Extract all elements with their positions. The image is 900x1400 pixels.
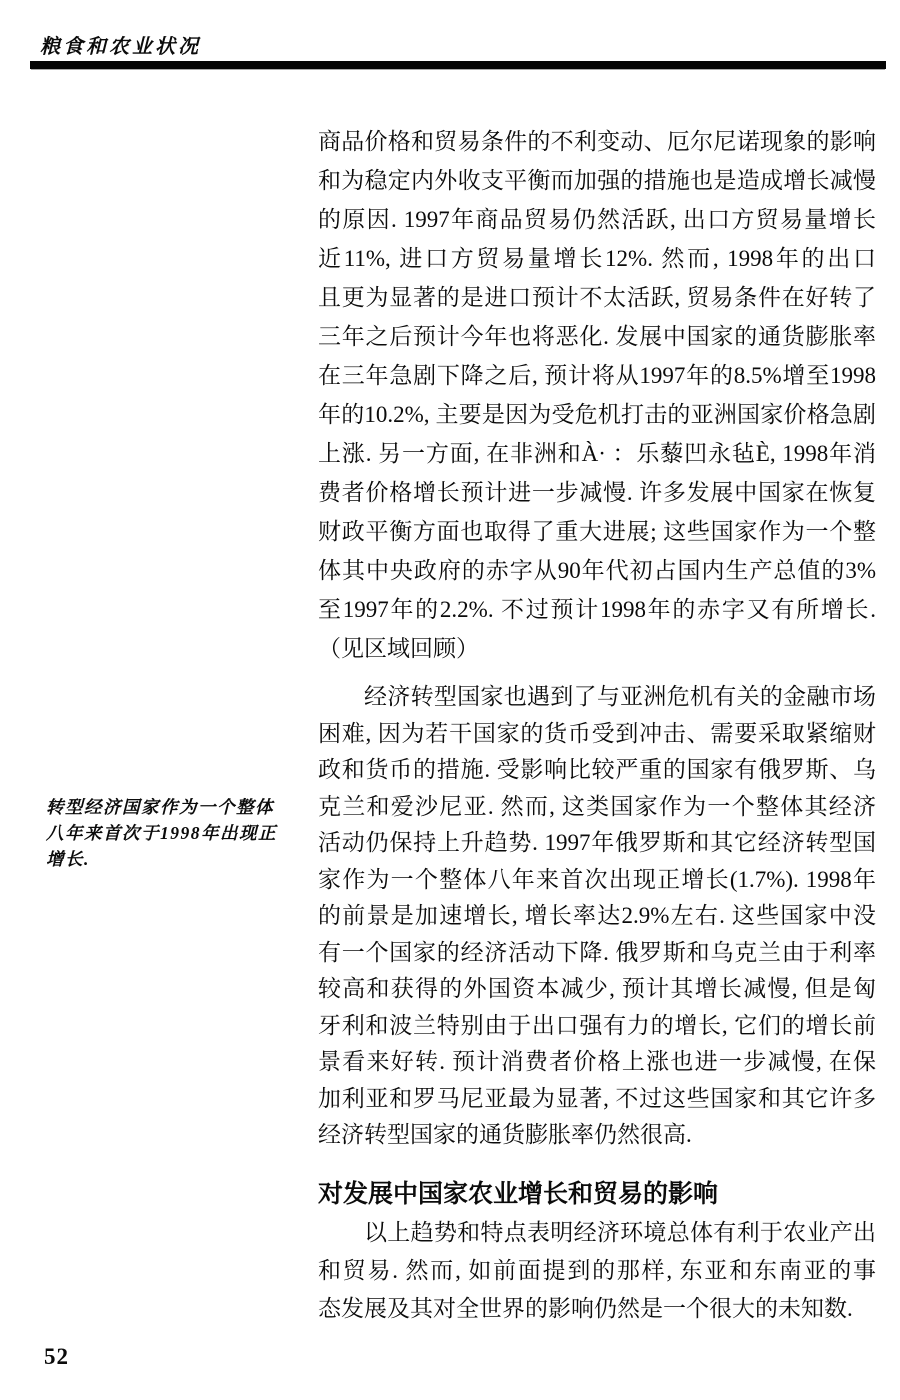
text-line: 态发展及其对全世界的影响仍然是一个很大的未知数. [318,1290,876,1328]
text-line: 的原因. 1997年商品贸易仍然活跃, 出口方贸易量增长 [318,200,876,239]
text-line: 经济转型国家也遇到了与亚洲危机有关的金融市场 [318,679,876,716]
text-line: 至1997年的2.2%. 不过预计1998年的赤字又有所增长. [318,590,876,629]
document-page: 粮食和农业状况 转型经济国家作为一个整体八年来首次于1998年出现正增长. 商品… [0,0,900,1400]
text-line: 困难, 因为若干国家的货币受到冲击、需要采取紧缩财 [318,716,876,753]
text-line: 财政平衡方面也取得了重大进展; 这些国家作为一个整 [318,512,876,551]
text-line: 和为稳定内外收支平衡而加强的措施也是造成增长减慢 [318,161,876,200]
text-line: 体其中央政府的赤字从90年代初占国内生产总值的3%降 [318,551,876,590]
text-line: 加利亚和罗马尼亚最为显著, 不过这些国家和其它许多 [318,1081,876,1118]
margin-note: 转型经济国家作为一个整体八年来首次于1998年出现正增长. [46,794,296,872]
text-line: 上涨. 另一方面, 在非洲和À· ：乐藜凹永毡È, 1998年消 [318,434,876,473]
text-line: 克兰和爱沙尼亚. 然而, 这类国家作为一个整体其经济 [318,789,876,826]
text-line: 三年之后预计今年也将恶化. 发展中国家的通货膨胀率 [318,317,876,356]
text-line: 且更为显著的是进口预计不太活跃, 贸易条件在好转了 [318,278,876,317]
text-line: 转型经济国家作为一个整体 [46,794,296,820]
paragraph-transition-economies: 经济转型国家也遇到了与亚洲危机有关的金融市场困难, 因为若干国家的货币受到冲击、… [318,679,876,1154]
paragraph-macroeconomy: 商品价格和贸易条件的不利变动、厄尔尼诺现象的影响和为稳定内外收支平衡而加强的措施… [318,122,876,668]
text-line: 八年来首次于1998年出现正 [46,820,296,846]
text-line: 牙利和波兰特别由于出口强有力的增长, 它们的增长前 [318,1008,876,1045]
text-line: 在三年急剧下降之后, 预计将从1997年的8.5%增至1998 [318,356,876,395]
text-line: 年的10.2%, 主要是因为受危机打击的亚洲国家价格急剧 [318,395,876,434]
text-line: 和贸易. 然而, 如前面提到的那样, 东亚和东南亚的事 [318,1252,876,1290]
main-text-column: 商品价格和贸易条件的不利变动、厄尔尼诺现象的影响和为稳定内外收支平衡而加强的措施… [318,122,876,1328]
text-line: 增长. [46,846,296,872]
paragraph-agriculture-impact: 以上趋势和特点表明经济环境总体有利于农业产出和贸易. 然而, 如前面提到的那样,… [318,1214,876,1328]
header-rule [30,61,886,69]
text-line: 政和货币的措施. 受影响比较严重的国家有俄罗斯、乌 [318,752,876,789]
text-line: 商品价格和贸易条件的不利变动、厄尔尼诺现象的影响 [318,122,876,161]
text-line: 较高和获得的外国资本减少, 预计其增长减慢, 但是匈 [318,971,876,1008]
text-line: 近11%, 进口方贸易量增长12%. 然而, 1998年的出口 [318,239,876,278]
text-line: 以上趋势和特点表明经济环境总体有利于农业产出 [318,1214,876,1252]
text-line: 的前景是加速增长, 增长率达2.9%左右. 这些国家中没 [318,898,876,935]
text-line: 费者价格增长预计进一步减慢. 许多发展中国家在恢复 [318,473,876,512]
text-line: 景看来好转. 预计消费者价格上涨也进一步减慢, 在保 [318,1044,876,1081]
section-heading: 对发展中国家农业增长和贸易的影响 [318,1176,876,1214]
text-line: 经济转型国家的通货膨胀率仍然很高. [318,1117,876,1154]
text-line: 家作为一个整体八年来首次出现正增长(1.7%). 1998年 [318,862,876,899]
running-header: 粮食和农业状况 [40,30,201,59]
text-line: （见区域回顾） [318,629,876,668]
text-line: 有一个国家的经济活动下降. 俄罗斯和乌克兰由于利率 [318,935,876,972]
text-line: 活动仍保持上升趋势. 1997年俄罗斯和其它经济转型国 [318,825,876,862]
page-number: 52 [44,1344,69,1370]
